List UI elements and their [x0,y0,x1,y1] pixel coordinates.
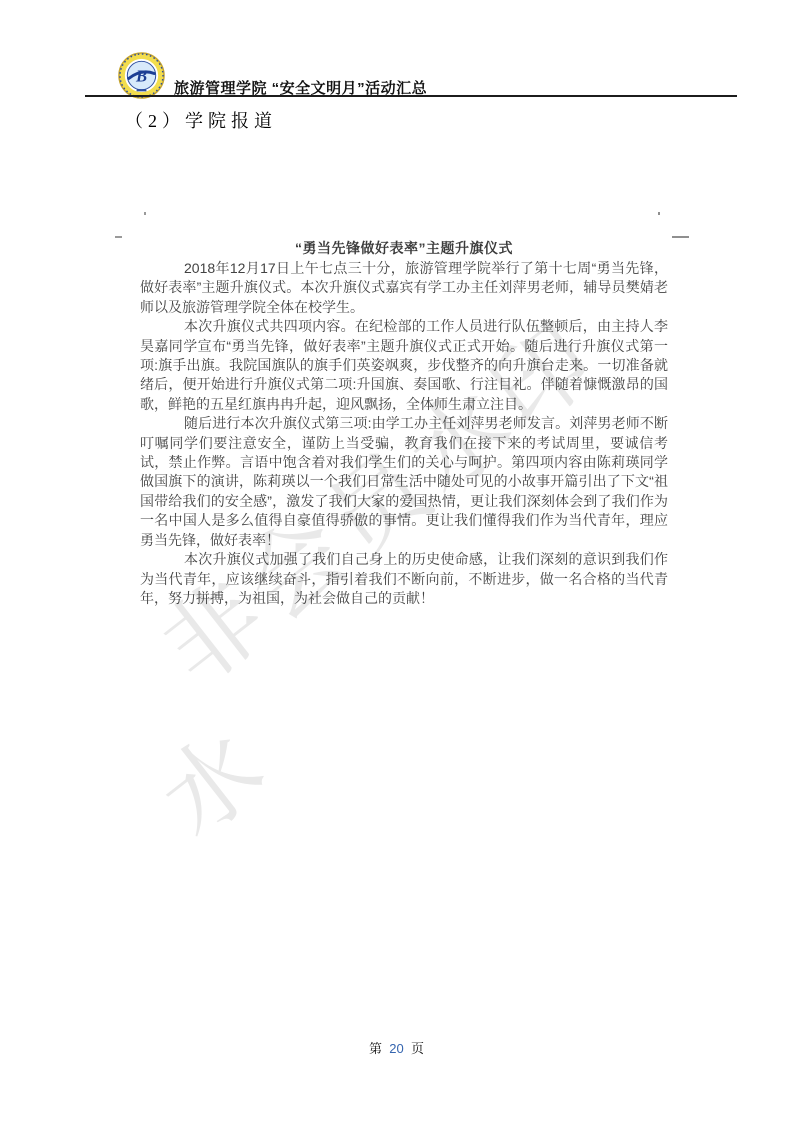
watermark-partial: 水 [146,718,281,853]
article-paragraph: 本次升旗仪式加强了我们自己身上的历史使命感，让我们深刻的意识到我们作为当代青年，… [140,550,668,608]
college-logo-icon: B [118,52,165,99]
article-paragraph: 本次升旗仪式共四项内容。在纪检部的工作人员进行队伍整顿后，由主持人李昊嘉同学宣布… [140,317,668,414]
header-rule [85,95,737,97]
footer-page-number: 20 [385,1041,407,1056]
svg-text:B: B [135,66,147,85]
article-paragraph: 随后进行本次升旗仪式第三项:由学工办主任刘萍男老师发言。刘萍男老师不断叮嘱同学们… [140,414,668,550]
document-page: B 旅游管理学院 “安全文明月”活动汇总 （2）学院报道 非会员水印 水 “勇当… [0,0,793,1122]
article-paragraph: 2018年12月17日上午七点三十分，旅游管理学院举行了第十七周“勇当先锋，做好… [140,259,668,317]
footer-label-after: 页 [411,1041,424,1056]
footer-label-before: 第 [369,1041,382,1056]
article-image-region: 非会员水印 水 “勇当先锋做好表率”主题升旗仪式 2018年12月17日上午七点… [122,215,672,860]
article-title: “勇当先锋做好表率”主题升旗仪式 [140,238,668,258]
page-footer: 第 20 页 [0,1038,793,1057]
article-body: “勇当先锋做好表率”主题升旗仪式 2018年12月17日上午七点三十分，旅游管理… [122,215,672,608]
section-heading: （2）学院报道 [125,107,277,133]
